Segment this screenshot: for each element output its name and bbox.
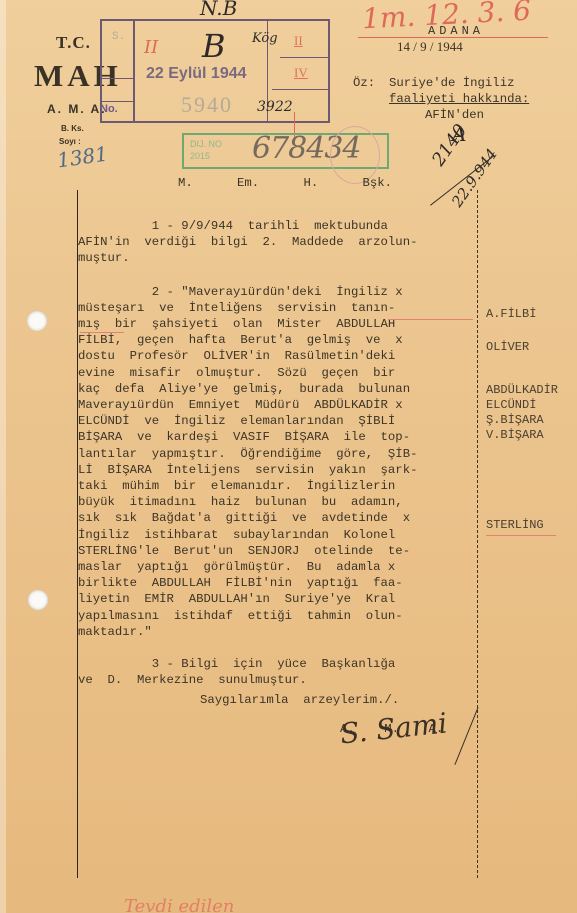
stamp-hand-initial: B <box>202 27 226 65</box>
margin-note-filbi: A.FİLBİ <box>486 307 536 322</box>
para2-line: kaç defa Aliye'ye gelmiş, burada bulunan <box>78 381 443 397</box>
para1-line: 1 - 9/9/944 tarihli mektubunda <box>78 218 443 234</box>
red-underline-sterling <box>486 535 556 536</box>
handwritten-file-number: 1381 <box>56 142 110 173</box>
para2-line: FİLBİ, geçen hafta Berut'a gelmiş ve x <box>78 332 443 348</box>
stamp-no-label: No. <box>100 103 118 115</box>
para2-line: lantılar yapmıştır. Öğrendiğime göre, Şİ… <box>78 446 443 462</box>
para2-line: ELCÜNDİ ve İngiliz elemanlarından ŞİBLİ <box>78 413 443 429</box>
handwritten-ref-date: 22.9.944 <box>448 145 501 210</box>
para2-line: maktadır." <box>78 624 443 640</box>
stamp-mark-s: S. <box>112 31 125 43</box>
para2-line: birlikte ABDULLAH FİLBİ'nin yaptığı faa- <box>78 575 443 591</box>
para1-line: muştur. <box>78 250 443 266</box>
signature-stroke <box>454 707 478 765</box>
right-margin-line <box>477 190 478 878</box>
stamp-roman-top: II <box>294 33 303 49</box>
dij-label: DIJ. NO 2015 <box>190 138 222 162</box>
origin-date: 14 / 9 / 1944 <box>397 39 463 55</box>
punch-hole-bottom <box>28 590 48 610</box>
stamp-date: 22 Eylül 1944 <box>146 65 247 83</box>
para2-line: 2 - "Maverayıürdün'deki İngiliz x <box>78 284 443 300</box>
para2-line: müsteşarı ve İnteliğens servisin tanın- <box>78 300 443 316</box>
bottom-red-annotation: Tevdi edilen <box>124 896 234 913</box>
red-underline-abdullah <box>388 319 473 320</box>
para2-line: sık sık Bağdat'a gittiği ve avdetinde x <box>78 510 443 526</box>
para2-line: evine misafir olmuştur. Sözü geçen bir <box>78 365 443 381</box>
para2-line: Maverayıürdün Emniyet Müdürü ABDÜLKADİR … <box>78 397 443 413</box>
para2-line: taki mühim bir elemanıdır. İngilizlerin <box>78 478 443 494</box>
letter-body: 1 - 9/9/944 tarihli mektubunda AFİN'in v… <box>78 218 443 737</box>
stamp-hand-number: 3922 <box>257 99 293 115</box>
letterhead-unit: A. M. A. <box>47 102 107 116</box>
para3-line: 3 - Bilgi için yüce Başkanlığa <box>78 656 443 672</box>
margin-note-sterling: STERLİNG <box>486 518 544 533</box>
red-underline <box>358 37 548 38</box>
stamp-roman-mid: IV <box>294 65 308 81</box>
para2-line: maslar yaptığı görülmüştür. Bu adamla x <box>78 559 443 575</box>
para3-line: ve D. Merkezine sunulmuştur. <box>78 672 443 688</box>
para2-line: BİŞARA ve kardeşi VASIF BİŞARA ile top- <box>78 429 443 445</box>
receipt-stamp: S. II B Kög II IV 22 Eylül 1944 5940 No.… <box>100 19 330 123</box>
closing-line: Saygılarımla arzeylerim./. <box>78 692 443 708</box>
para2-line: yapılmasını istihdaf ettiği tahmin olun- <box>78 608 443 624</box>
origin-city: ADANA <box>428 24 484 38</box>
para2-line: dostu Profesör OLİVER'in Rasülmetin'deki <box>78 348 443 364</box>
addressee: M. Em. H. Bşk. <box>178 175 392 191</box>
paper-edge <box>0 0 6 913</box>
para2-line: İngiliz istihbarat subaylarından Kolonel <box>78 527 443 543</box>
stamp-mark-red: II <box>144 37 158 58</box>
subject-line1: Suriye'de İngiliz <box>389 75 514 91</box>
stamp-number: 5940 <box>181 92 233 118</box>
margin-note-oliver: OLİVER <box>486 340 529 355</box>
subject-label: Öz: <box>353 75 375 91</box>
stamp-hand-ky: Kög <box>252 31 278 46</box>
margin-note-names: ABDÜLKADİR ELCÜNDİ Ş.BİŞARA V.BİŞARA <box>486 383 558 443</box>
letterhead-bks: B. Ks. <box>61 124 84 133</box>
annotation-nb: N.B <box>200 0 237 20</box>
punch-hole-top <box>27 311 47 331</box>
subject-line2: faaliyeti hakkında: <box>389 91 529 107</box>
para2-line: STERLİNG'le Berut'un SENJORJ otelinde te… <box>78 543 443 559</box>
letterhead-tc: T.C. <box>56 33 91 53</box>
red-underline-filbi <box>80 332 124 333</box>
para1-line: AFİN'in verdiği bilgi 2. Maddede arzolun… <box>78 234 443 250</box>
para2-line: liyetin EMİR ABDULLAH'ın Suriye'ye Kral <box>78 591 443 607</box>
para2-line: büyük itimadını haiz bulunan bu adamın, <box>78 494 443 510</box>
para2-line: Lİ BİŞARA İntelijens servisin yakın şark… <box>78 462 443 478</box>
